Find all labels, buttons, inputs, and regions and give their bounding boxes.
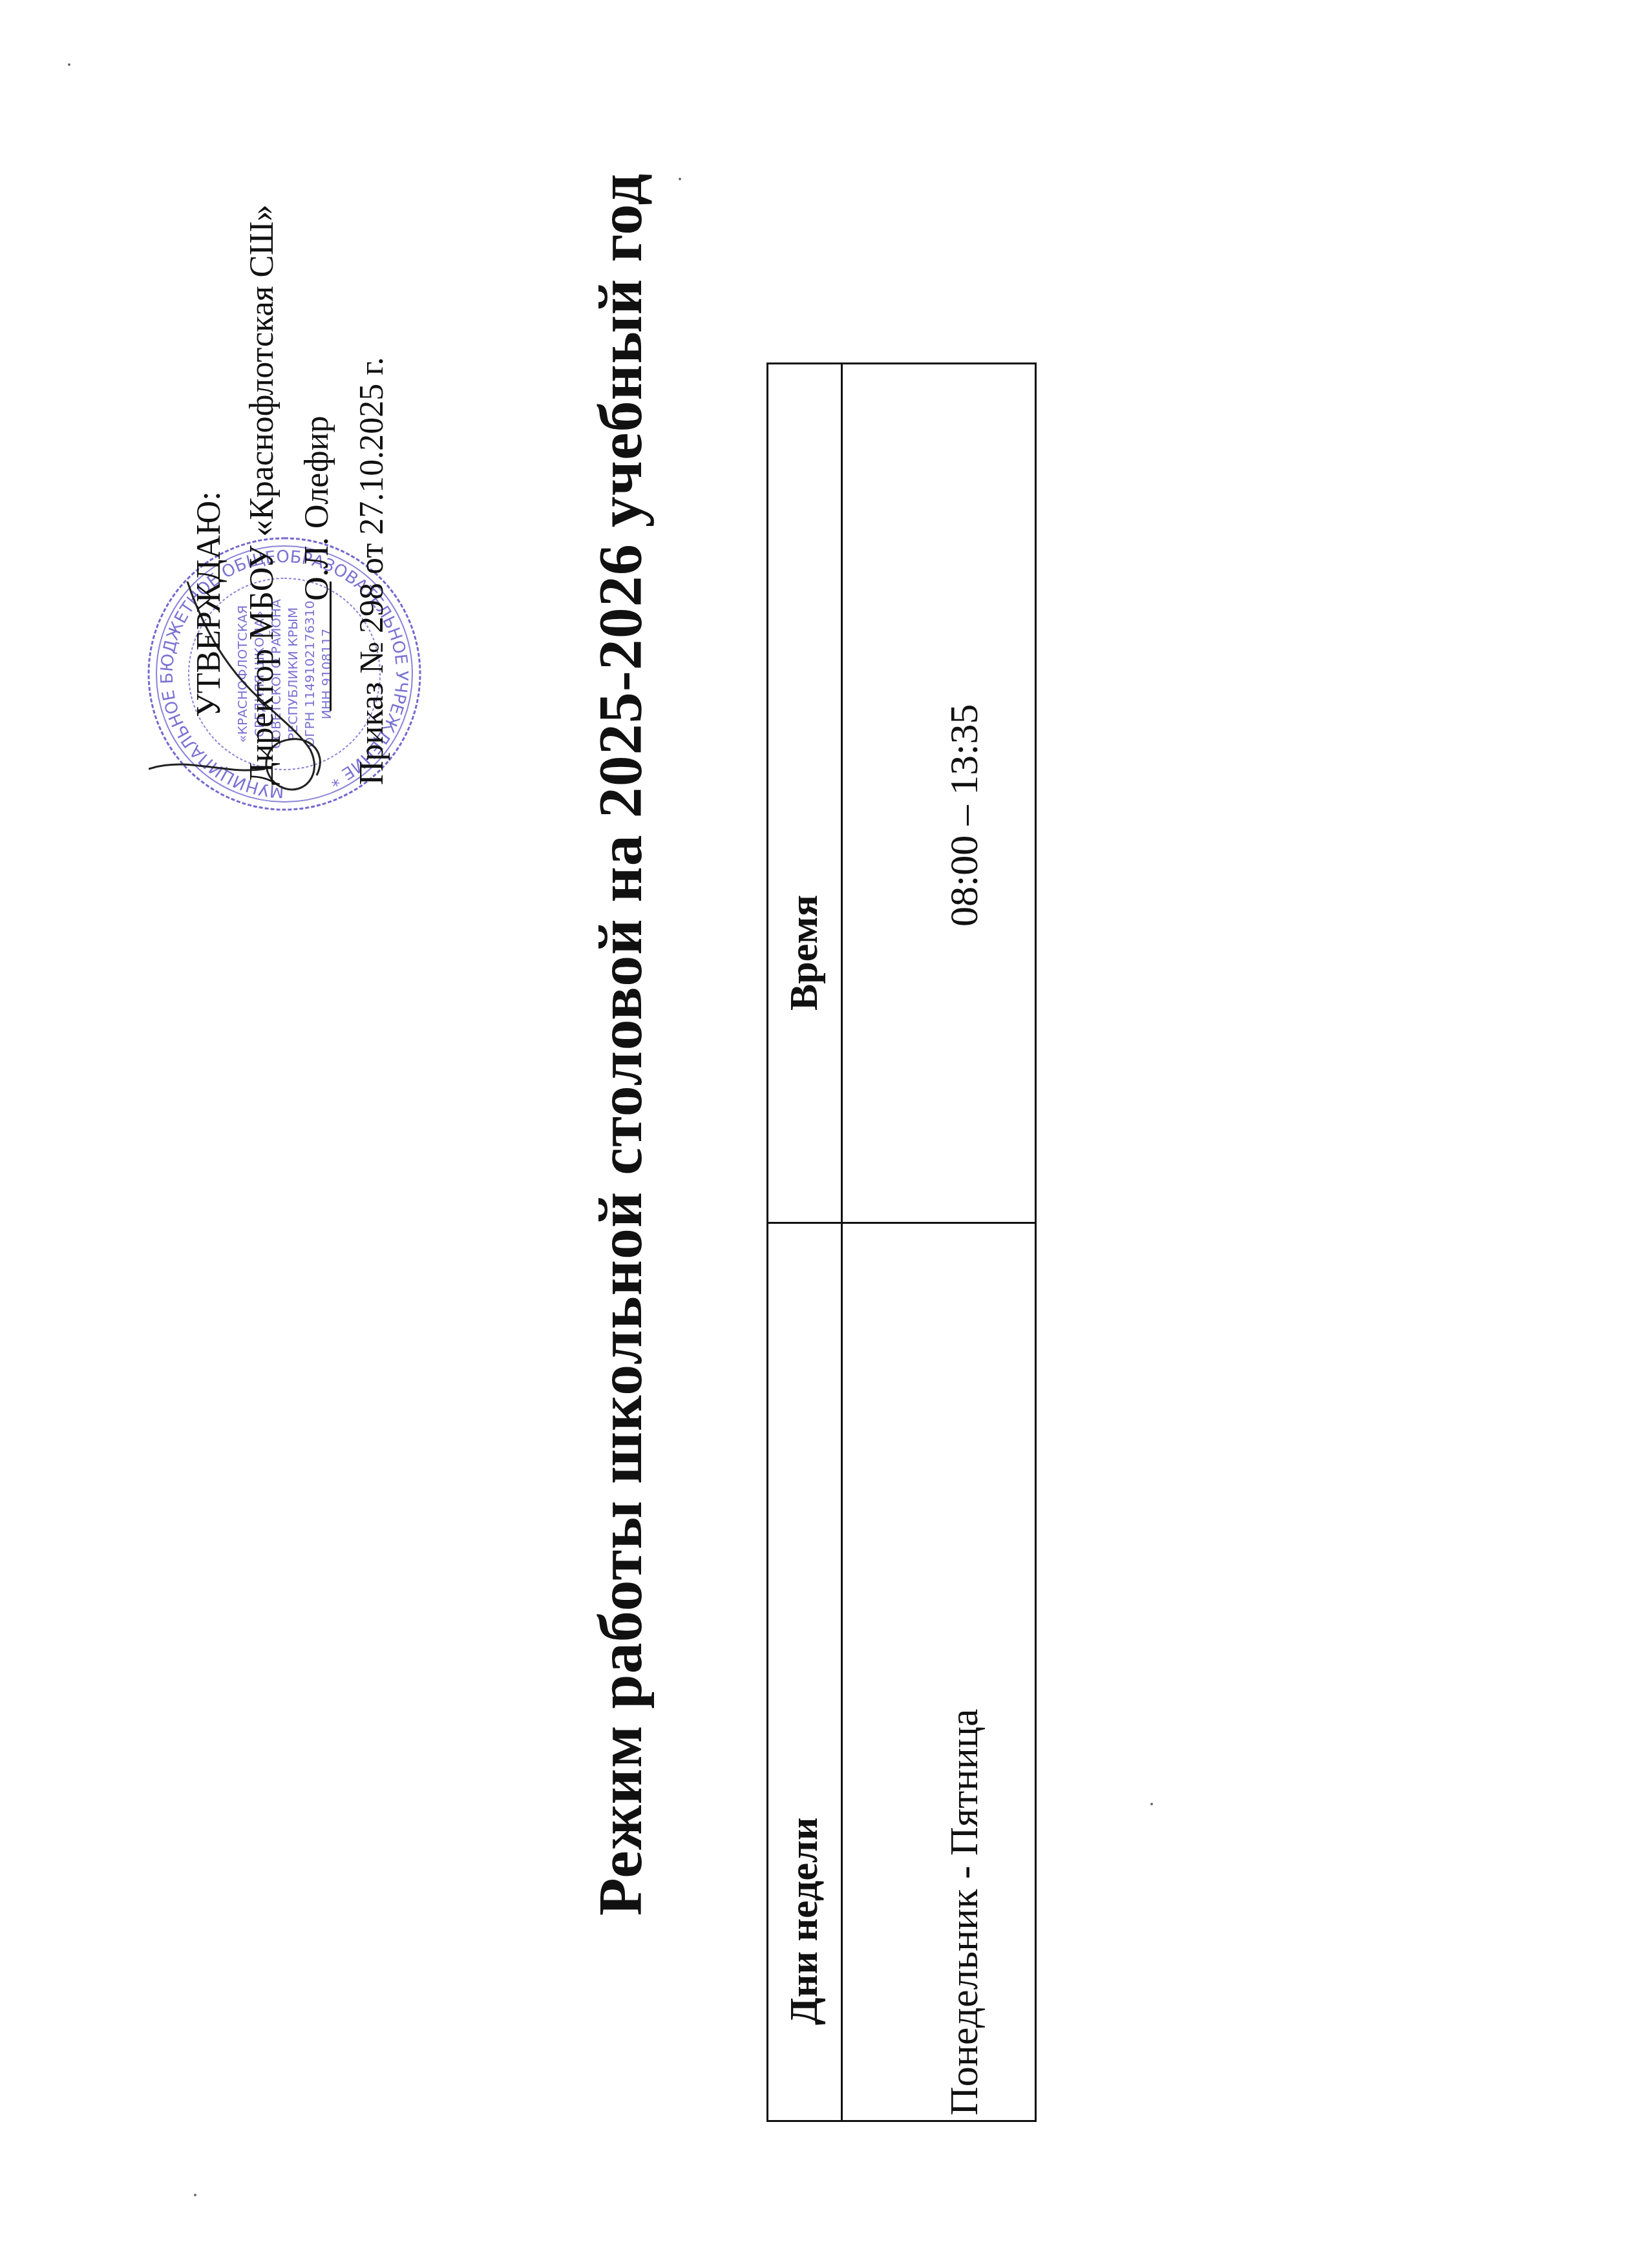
table-header-days: Дни недели: [784, 1818, 824, 2025]
table-cell-days: Понедельник - Пятница: [944, 1708, 984, 2116]
table-header-time: Время: [784, 895, 824, 1011]
table-row-divider: [768, 1222, 1035, 1224]
scan-speck: [68, 63, 70, 66]
approval-order: Приказ № 298 от 27.10.2025 г.: [355, 357, 389, 785]
approval-name: О.Л. Олефир: [301, 415, 334, 601]
schedule-table: Дни недели Время Понедельник - Пятница 0…: [766, 362, 1037, 2122]
page-title: Режим работы школьной столовой на 2025-2…: [589, 173, 651, 1916]
table-cell-time: 08:00 – 13:35: [944, 704, 984, 927]
table-column-divider: [841, 364, 843, 2120]
scan-speck: [194, 2194, 196, 2196]
approval-heading: УТВЕРЖДАЮ:: [193, 491, 226, 717]
approval-position: Директор МБОУ «Краснофлотская СШ»: [246, 204, 279, 785]
scan-speck: [679, 178, 681, 180]
scan-speck: [1150, 1803, 1153, 1805]
approval-signature-line: [304, 582, 332, 711]
